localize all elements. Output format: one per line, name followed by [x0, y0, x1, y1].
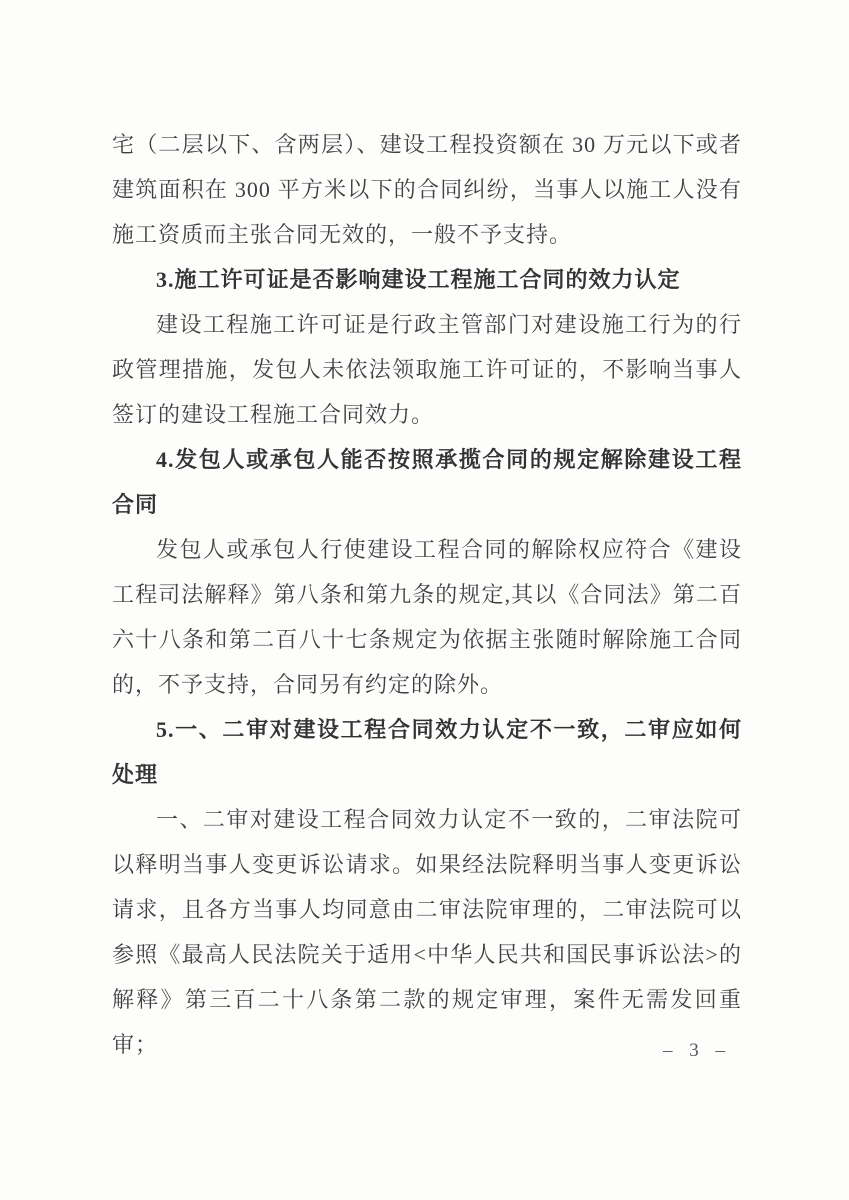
document-body: 宅（二层以下、含两层）、建设工程投资额在 30 万元以下或者建筑面积在 300 … — [112, 122, 742, 1067]
continuation-paragraph: 宅（二层以下、含两层）、建设工程投资额在 30 万元以下或者建筑面积在 300 … — [112, 122, 742, 257]
section-3-heading: 3.施工许可证是否影响建设工程施工合同的效力认定 — [112, 257, 742, 302]
section-4-heading: 4.发包人或承包人能否按照承揽合同的规定解除建设工程合同 — [112, 437, 742, 527]
page-number: – 3 – — [663, 1040, 731, 1062]
section-5-paragraph: 一、二审对建设工程合同效力认定不一致的，二审法院可以释明当事人变更诉讼请求。如果… — [112, 797, 742, 1067]
section-3-paragraph: 建设工程施工许可证是行政主管部门对建设施工行为的行政管理措施，发包人未依法领取施… — [112, 302, 742, 437]
section-4-paragraph: 发包人或承包人行使建设工程合同的解除权应符合《建设工程司法解释》第八条和第九条的… — [112, 527, 742, 707]
section-5-heading: 5.一、二审对建设工程合同效力认定不一致，二审应如何处理 — [112, 707, 742, 797]
document-page: 宅（二层以下、含两层）、建设工程投资额在 30 万元以下或者建筑面积在 300 … — [0, 0, 849, 1200]
